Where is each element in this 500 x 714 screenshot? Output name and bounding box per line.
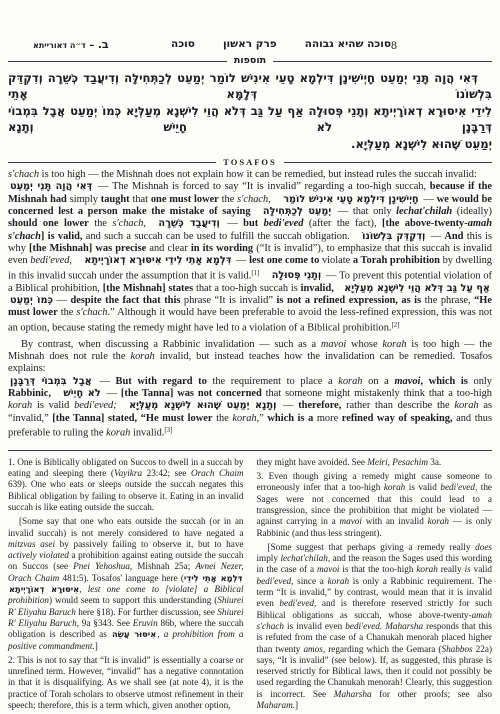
hebrew-line: דְּאִי הֲוָה תָּנֵי יְמַעֵט חָיְישִׁינָן… [8, 70, 492, 103]
header-rule-right [284, 162, 492, 163]
footnotes: 1. One is Biblically obligated on Succos… [8, 457, 492, 712]
footnote-divider-rule [8, 450, 492, 451]
footnote-2-continuation: they might have avoided. See Meiri, Pesa… [257, 457, 493, 468]
hebrew-line: לִידֵי אִיסּוּרָא דְאוֹרָיְיתָא וְתָנֵי … [8, 103, 492, 136]
daf-dibbur-reference: ב. – ד״ה דאורייתא [33, 38, 109, 51]
chapter-title-group: סוכה שהיא גבוהה פרק ראשון סוכה [171, 38, 391, 50]
daf-number: ב. [98, 38, 109, 51]
body-paragraph-3: אֲבָל בִּמְבוֹי דְּרַבָּנָן — But with r… [8, 376, 492, 440]
header-rule-right [273, 61, 492, 62]
page-header: ב. – ד״ה דאורייתא סוכה שהיא גבוהה פרק רא… [8, 38, 492, 52]
tosafos-hebrew-header: תוספות [8, 56, 492, 66]
footnote-3-bracketed: [Some suggest that perhaps giving a reme… [257, 542, 493, 711]
perek-number: פרק ראשון [223, 38, 277, 50]
header-rule-left [8, 61, 227, 62]
header-dash: – [89, 40, 94, 51]
masechta-name: סוכה [171, 38, 195, 50]
talmud-tosafos-page: ב. – ד״ה דאורייתא סוכה שהיא גבוהה פרק רא… [0, 0, 500, 714]
footnote-column-right: they might have avoided. See Meiri, Pesa… [257, 457, 493, 712]
dibbur-hamaschil: ד״ה דאורייתא [33, 41, 86, 50]
perek-name: סוכה שהיא גבוהה [305, 38, 391, 50]
elucidation-body: s'chach is too high — the Mishnah does n… [8, 169, 492, 440]
footnote-column-left: 1. One is Biblically obligated on Succos… [8, 457, 244, 712]
hebrew-line: יְמַעֵט שֶׁהוּא לִישְׁנָא מְעַלְּיָא. [8, 136, 492, 152]
body-paragraph-continuation: s'chach is too high — the Mishnah does n… [8, 169, 492, 181]
footnote-1: 1. One is Biblically obligated on Succos… [8, 457, 244, 513]
page-number: 8 [391, 38, 397, 53]
body-paragraph-2: By contrast, when discussing a Rabbinic … [8, 339, 492, 376]
footnote-2: 2. This is not to say that “It is invali… [8, 655, 244, 711]
tosafos-english-header: TOSAFOS [8, 157, 492, 167]
tosafos-english-label: TOSAFOS [223, 157, 277, 167]
tosafos-hebrew-text: דְּאִי הֲוָה תָּנֵי יְמַעֵט חָיְישִׁינָן… [8, 70, 492, 152]
footnote-1-bracketed: [Some say that one who eats outside the … [8, 516, 244, 652]
tosafos-hebrew-label: תוספות [234, 56, 266, 66]
footnote-3: 3. Even though giving a remedy might cau… [257, 471, 493, 539]
body-paragraph-1: דְּאִי הֲוָה תָּנֵי יְמַעֵט — The Mishna… [8, 181, 492, 334]
header-rule-left [8, 162, 216, 163]
